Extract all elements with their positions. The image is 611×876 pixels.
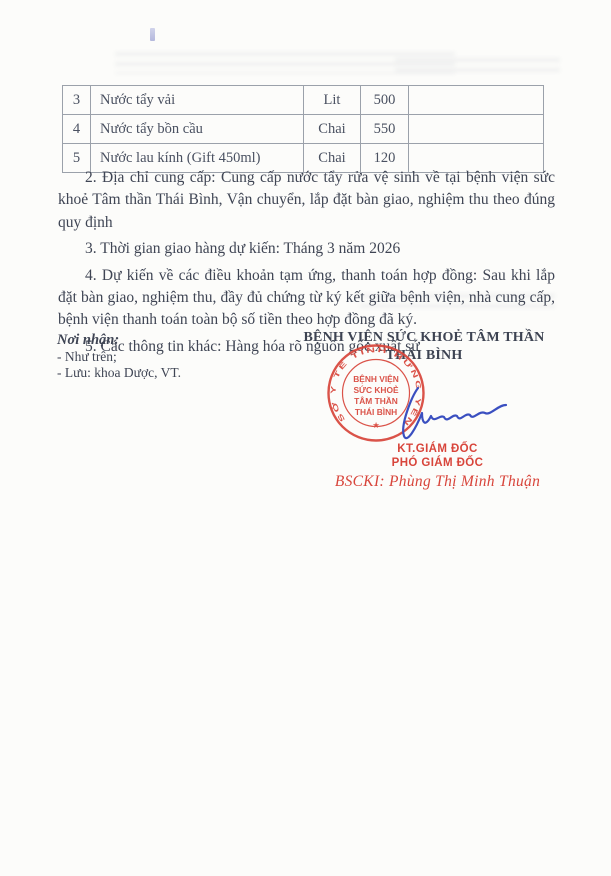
recipients-block: Nơi nhận: - Như trên; - Lưu: khoa Dược, … [57, 332, 181, 380]
handwritten-signature [385, 375, 520, 450]
paragraph-payment-terms: 4. Dự kiến về các điều khoản tạm ứng, th… [58, 265, 555, 332]
unit-cell: Chai [304, 115, 361, 144]
signer-block: KT.GIÁM ĐỐC PHÓ GIÁM ĐỐC BSCKI: Phùng Th… [330, 443, 545, 491]
product-name-cell: Nước tẩy vải [91, 86, 304, 115]
row-number-cell: 3 [63, 86, 91, 115]
quantity-cell: 550 [361, 115, 409, 144]
signer-title-deputy-director: PHÓ GIÁM ĐỐC [330, 457, 545, 471]
signature-stroke [403, 388, 506, 438]
signer-name: BSCKI: Phùng Thị Minh Thuận [330, 473, 545, 491]
table-row: 4 Nước tẩy bồn cầu Chai 550 [63, 115, 544, 144]
table-row: 3 Nước tẩy vải Lit 500 [63, 86, 544, 115]
note-cell [409, 86, 544, 115]
stamp-star-icon: ★ [372, 420, 380, 430]
blue-pen-mark [150, 28, 155, 41]
products-table: 3 Nước tẩy vải Lit 500 4 Nước tẩy bồn cầ… [62, 85, 544, 173]
unit-cell: Lit [304, 86, 361, 115]
recipients-item: - Như trên; [57, 349, 181, 365]
scanned-document-page: 3 Nước tẩy vải Lit 500 4 Nước tẩy bồn cầ… [0, 0, 611, 876]
product-name-cell: Nước tẩy bồn cầu [91, 115, 304, 144]
recipients-heading: Nơi nhận: [57, 332, 181, 349]
show-through-smudge [395, 52, 560, 78]
row-number-cell: 4 [63, 115, 91, 144]
quantity-cell: 500 [361, 86, 409, 115]
recipients-item: - Lưu: khoa Dược, VT. [57, 365, 181, 381]
note-cell [409, 115, 544, 144]
signer-title-acting-director: KT.GIÁM ĐỐC [330, 443, 545, 457]
paragraph-delivery-time: 3. Thời gian giao hàng dự kiến: Tháng 3 … [58, 238, 555, 260]
paragraph-supply-address: 2. Địa chỉ cung cấp: Cung cấp nước tẩy r… [58, 167, 555, 234]
